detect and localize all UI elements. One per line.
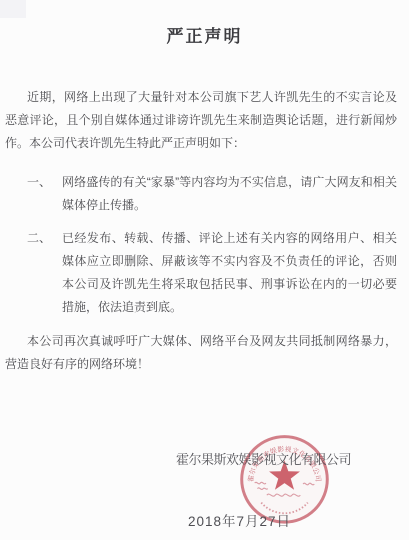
- list-item-marker: 二、: [27, 227, 62, 319]
- document-body: 近期，网络上出现了大量针对本公司旗下艺人许凯先生的不实言论及恶意评论，且个别自媒…: [0, 86, 409, 376]
- list-item: 一、 网络盛传的有关“家暴”等内容均为不实信息，请广大网友和相关媒体停止传播。: [5, 171, 397, 217]
- list-item-marker: 一、: [27, 171, 62, 217]
- intro-paragraph: 近期，网络上出现了大量针对本公司旗下艺人许凯先生的不实言论及恶意评论，且个别自媒…: [5, 86, 397, 155]
- document-title: 严正声明: [0, 0, 409, 47]
- statement-list: 一、 网络盛传的有关“家暴”等内容均为不实信息，请广大网友和相关媒体停止传播。 …: [5, 171, 397, 319]
- signature-date: 2018年7月27日: [188, 510, 291, 530]
- list-item-text: 已经发布、转载、传播、评论上述有关内容的网络用户、相关媒体应立即删除、屏蔽该等不…: [62, 227, 397, 319]
- closing-paragraph: 本公司再次真诚呼吁广大媒体、网络平台及网友共同抵制网络暴力，营造良好有序的网络环…: [5, 330, 397, 376]
- list-item-text: 网络盛传的有关“家暴”等内容均为不实信息，请广大网友和相关媒体停止传播。: [62, 171, 397, 217]
- list-item: 二、 已经发布、转载、传播、评论上述有关内容的网络用户、相关媒体应立即删除、屏蔽…: [5, 227, 397, 319]
- scan-corner-artifact: [0, 0, 26, 18]
- statement-document: 严正声明 近期，网络上出现了大量针对本公司旗下艺人许凯先生的不实言论及恶意评论，…: [0, 0, 409, 540]
- signature-company-name: 霍尔果斯欢娱影视文化有限公司: [176, 449, 351, 468]
